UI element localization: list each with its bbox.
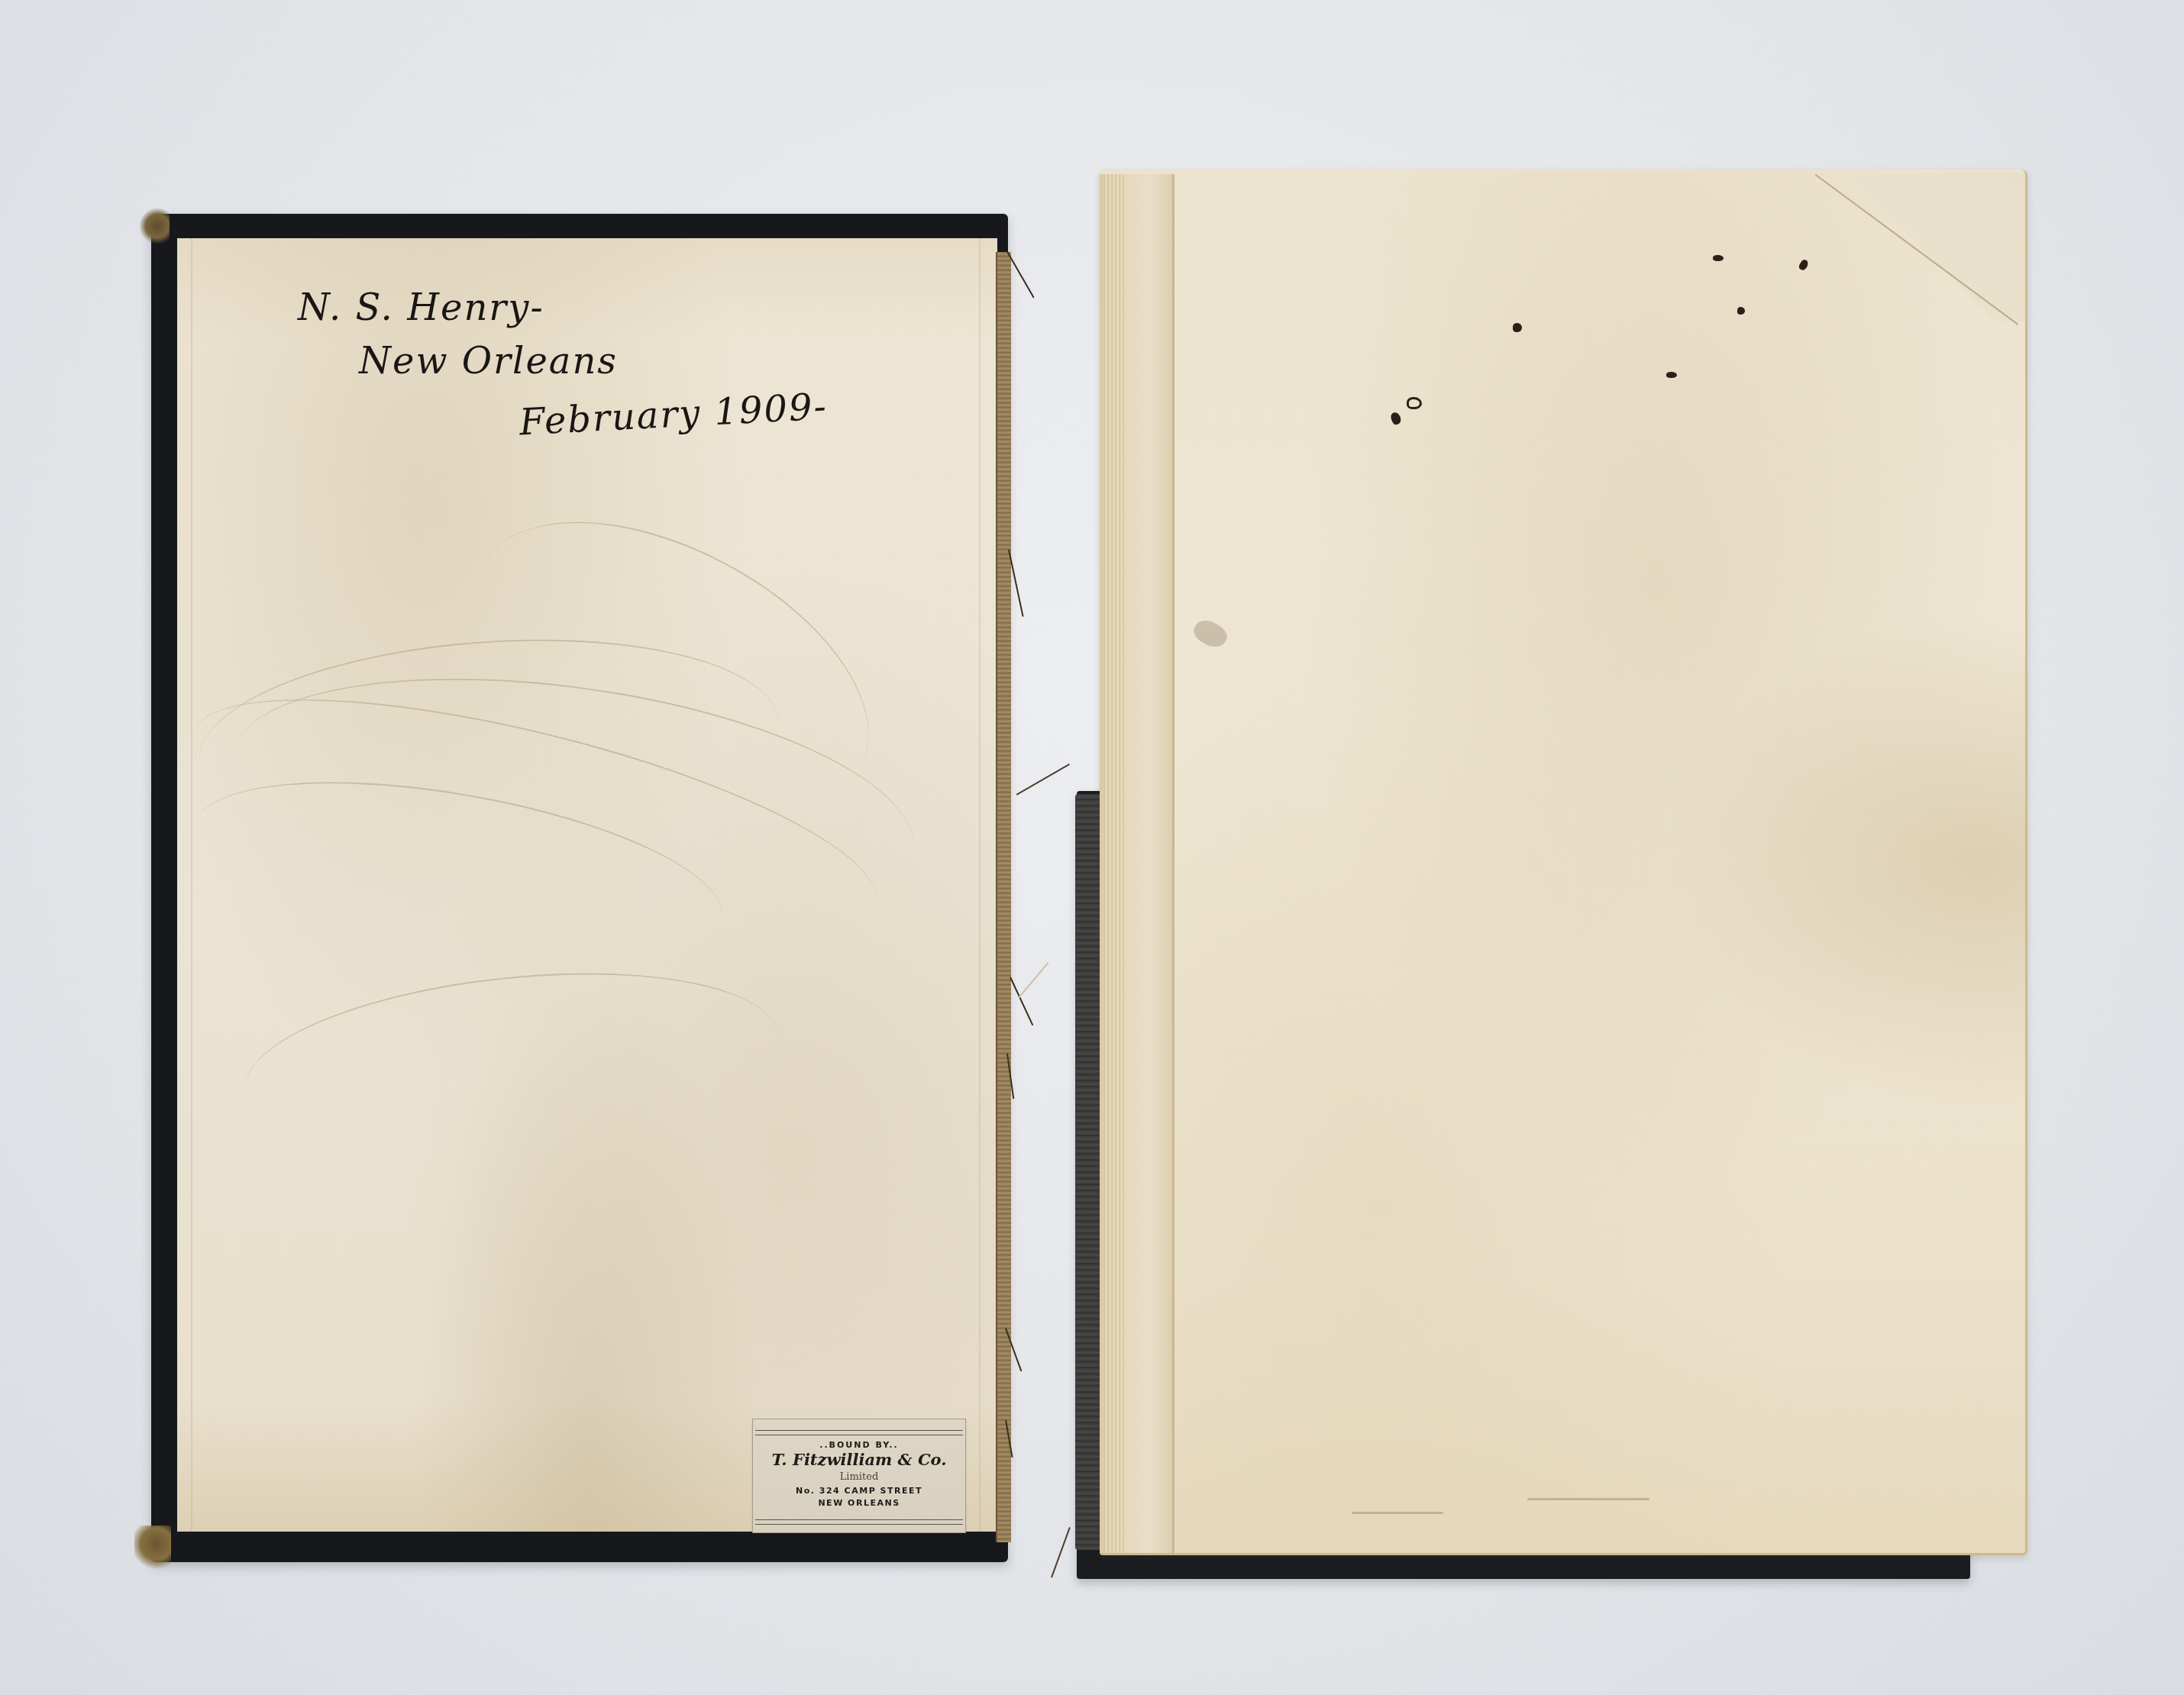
label-firm-name: T. Fitzwilliam & Co.: [753, 1450, 965, 1469]
label-city: NEW ORLEANS: [753, 1498, 965, 1508]
stain-line: [1527, 1498, 1649, 1500]
inscription-city: New Orleans: [359, 340, 618, 383]
folded-corner: [1816, 173, 2025, 322]
label-address: No. 324 CAMP STREET: [753, 1486, 965, 1496]
label-bottom-rule: [755, 1519, 963, 1525]
wormhole-mark: [1513, 323, 1522, 332]
loose-thread: [1051, 1527, 1071, 1577]
inscription-name: N. S. Henry-: [298, 286, 544, 329]
text-block-first-leaf: [1100, 169, 2027, 1555]
label-subtitle: Limited: [753, 1471, 965, 1483]
binder-ticket-label: ..BOUND BY.. T. Fitzwilliam & Co. Limite…: [752, 1419, 966, 1533]
loose-thread: [1018, 962, 1048, 998]
label-top-rule: [755, 1430, 963, 1435]
handwritten-inscription: N. S. Henry- New Orleans February 1909-: [298, 286, 817, 470]
label-heading: ..BOUND BY..: [753, 1440, 965, 1450]
wormhole-mark: [1407, 397, 1422, 409]
inscription-date: February 1909-: [519, 385, 829, 444]
stain-line: [1352, 1512, 1443, 1514]
wormhole-mark: [1666, 372, 1677, 378]
wormhole-mark: [1713, 255, 1724, 261]
loose-thread: [1016, 764, 1070, 796]
wormhole-mark: [1737, 307, 1745, 315]
gutter-fold-strip: [1100, 174, 1174, 1553]
frayed-hinge: [996, 252, 1011, 1542]
